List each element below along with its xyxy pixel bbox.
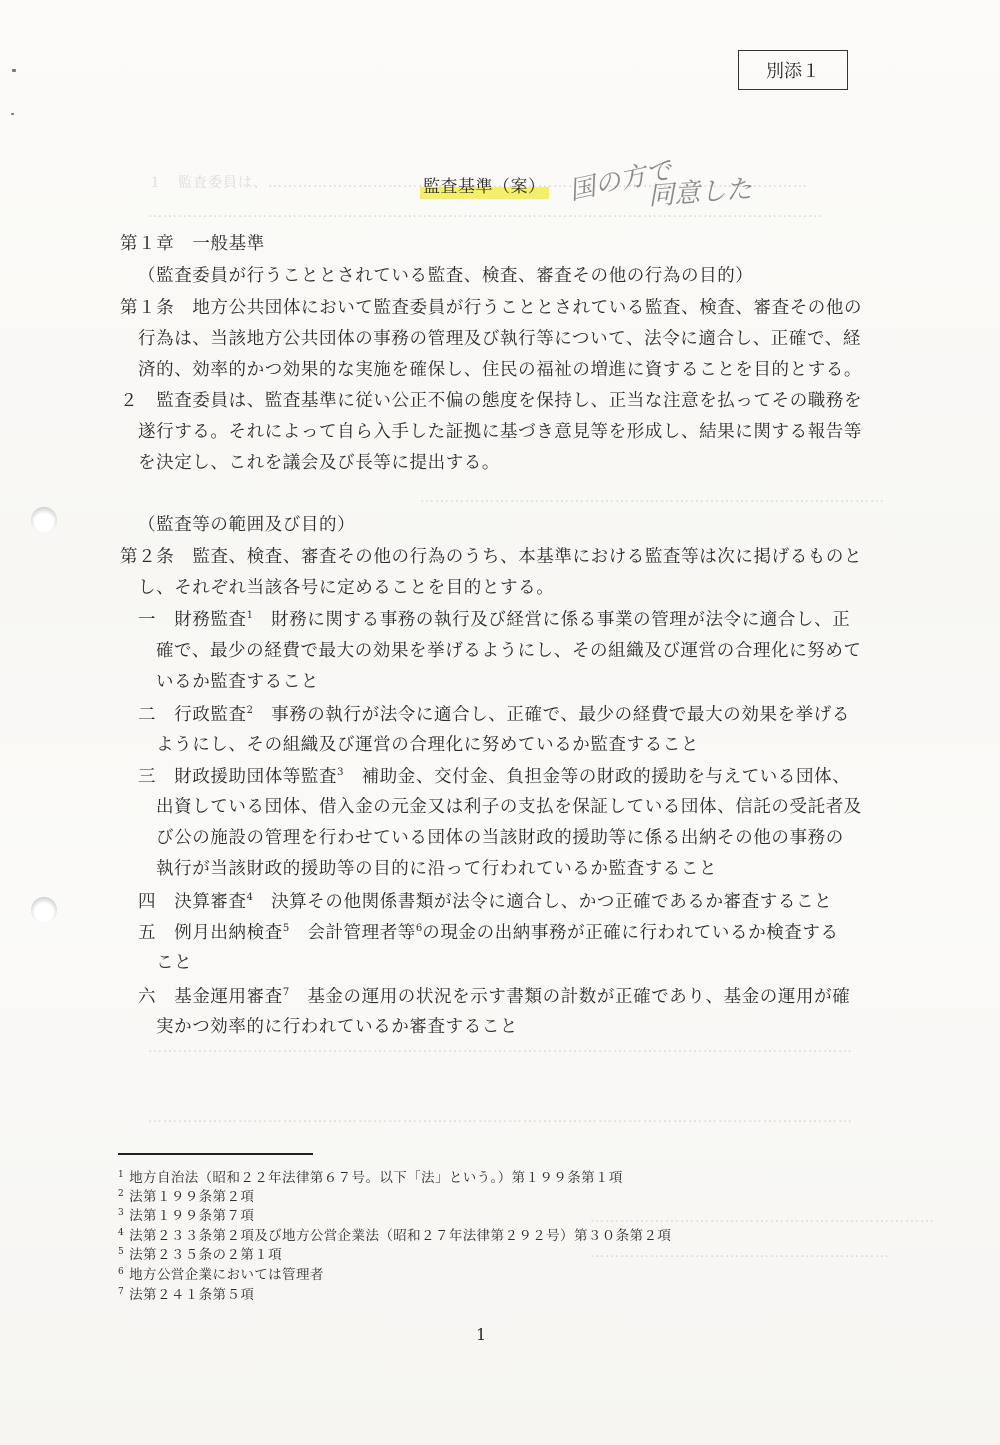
document-page: １ 監査委員は、………………………………………………………………………………………: [0, 0, 1000, 1445]
item-name: 基金運用審査: [174, 987, 283, 1007]
item-continuation: び公の施設の管理を行わせている団体の当該財政的援助等に係る出納その他の事務の: [156, 830, 844, 848]
footnote-separator: [118, 1153, 313, 1155]
title-highlight: 監査基準（案）: [420, 177, 549, 199]
article1-para2-line: 遂行する。それによって自ら入手した証拠に基づき意見等を形成し、結果に関する報告等: [138, 424, 862, 442]
page-title: 監査基準（案）: [420, 172, 549, 197]
article2-line: し、それぞれ当該各号に定めることを目的とする。: [138, 580, 554, 598]
footnote: 4法第２３３条第２項及び地方公営企業法（昭和２７年法律第２９２号）第３０条第２項: [118, 1224, 671, 1244]
handwritten-note-line2: 同意した: [647, 168, 753, 212]
item-continuation: 出資している団体、借入金の元金又は利子の支払を保証している団体、信託の受託者及: [156, 799, 862, 817]
item-name: 例月出納検査: [174, 923, 283, 943]
footnote: 1地方自治法（昭和２２年法律第６７号。以下「法」という。）第１９９条第１項: [118, 1166, 623, 1186]
item-number: 二: [138, 705, 156, 725]
show-through-text: …………………………………………………………………………………: [420, 490, 885, 506]
footnote: 6地方公営企業においては管理者: [118, 1263, 324, 1283]
attachment-label: 別添１: [766, 57, 820, 83]
item-number: 六: [138, 987, 156, 1007]
footnote-ref: 1: [247, 610, 253, 621]
article2-line: 第２条 監査、検査、審査その他の行為のうち、本基準における監査等は次に掲げるもの…: [120, 549, 862, 567]
item-number: 五: [138, 923, 156, 943]
article1-line: 第１条 地方公共団体において監査委員が行うこととされている監査、検査、審査その他…: [120, 300, 862, 318]
item-monthly-cash-inspection: 五 例月出納検査5 会計管理者等6の現金の出納事務が正確に行われているか検査する: [138, 924, 839, 942]
footnote-ref: 2: [247, 705, 253, 716]
item-continuation: 確で、最少の経費で最大の効果を挙げるようにし、その組織及び運営の合理化に努めて: [156, 643, 862, 661]
item-fund-management-review: 六 基金運用審査7 基金の運用の状況を示す書類の計数が正確であり、基金の運用が確: [138, 988, 850, 1006]
chapter-heading: 第１章 一般基準: [120, 236, 265, 254]
footnote: 5法第２３５条の２第１項: [118, 1243, 282, 1263]
scan-speck: [12, 69, 16, 72]
item-settlement-review: 四 決算審査4 決算その他関係書類が法令に適合し、かつ正確であるか審査すること: [138, 893, 832, 911]
article1-line: 済的、効率的かつ効果的な実施を確保し、住民の福祉の増進に資することを目的とする。: [138, 362, 862, 380]
item-continuation: いるか監査すること: [156, 674, 319, 692]
item-aided-entity-audit: 三 財政援助団体等監査3 補助金、交付金、負担金等の財政的援助を与えている団体、: [138, 768, 850, 786]
item-administrative-audit: 二 行政監査2 事務の執行が法令に適合し、正確で、最少の経費で最大の効果を挙げる: [138, 706, 850, 724]
footnote: 3法第１９９条第７項: [118, 1204, 254, 1224]
item-text: 事務の執行が法令に適合し、正確で、最少の経費で最大の効果を挙げる: [271, 705, 850, 725]
article1-caption: （監査委員が行うこととされている監査、検査、審査その他の行為の目的）: [138, 268, 753, 286]
item-continuation: 実かつ効率的に行われているか審査すること: [156, 1019, 518, 1037]
article2-caption: （監査等の範囲及び目的）: [138, 517, 355, 535]
item-name: 決算審査: [174, 892, 246, 912]
item-number: 三: [138, 767, 156, 787]
item-financial-audit: 一 財務監査1 財務に関する事務の執行及び経営に係る事業の管理が法令に適合し、正: [138, 611, 850, 629]
article1-line: 行為は、当該地方公共団体の事務の管理及び執行等について、法令に適合し、正確で、経: [138, 331, 861, 349]
scan-speck: [11, 113, 14, 115]
footnote-ref: 7: [283, 987, 289, 998]
item-name: 財政援助団体等監査: [174, 767, 337, 787]
item-continuation: 執行が当該財政的援助等の目的に沿って行われているか監査すること: [156, 861, 717, 879]
article1-para2-line: を決定し、これを議会及び長等に提出する。: [138, 455, 500, 473]
footnote: 7法第２４１条第５項: [118, 1283, 254, 1303]
footnote: 2法第１９９条第２項: [118, 1185, 254, 1205]
item-continuation: ようにし、その組織及び運営の合理化に努めているか監査すること: [156, 737, 699, 755]
footnote-ref: 5: [283, 923, 289, 934]
show-through-text: ……………………………………………………………………………………………………………: [148, 1040, 853, 1056]
footnote-ref: 4: [247, 892, 253, 903]
show-through-text: ……………………………………………………………………………………………………………: [148, 1110, 853, 1126]
page-number: 1: [476, 1325, 486, 1344]
item-text: 基金の運用の状況を示す書類の計数が正確であり、基金の運用が確: [307, 987, 850, 1007]
attachment-label-box: 別添１: [738, 50, 848, 90]
item-text-a: 会計管理者等: [307, 923, 416, 943]
punch-hole: [31, 507, 57, 533]
footnote-ref: 3: [337, 767, 343, 778]
item-text: 補助金、交付金、負担金等の財政的援助を与えている団体、: [362, 767, 851, 787]
punch-hole: [31, 897, 57, 923]
item-continuation: こと: [156, 955, 192, 973]
show-through-text: ……………………………………………………: [590, 1245, 890, 1261]
item-text: 決算その他関係書類が法令に適合し、かつ正確であるか審査すること: [271, 892, 832, 912]
item-text: 財務に関する事務の執行及び経営に係る事業の管理が法令に適合し、正: [271, 610, 850, 630]
article1-para2-line: ２ 監査委員は、監査基準に従い公正不偏の態度を保持し、正当な注意を払ってその職務…: [120, 393, 862, 411]
item-name: 財務監査: [174, 610, 246, 630]
item-number: 四: [138, 892, 156, 912]
item-number: 一: [138, 610, 156, 630]
item-name: 行政監査: [174, 705, 246, 725]
item-text: の現金の出納事務が正確に行われているか検査する: [422, 923, 838, 943]
